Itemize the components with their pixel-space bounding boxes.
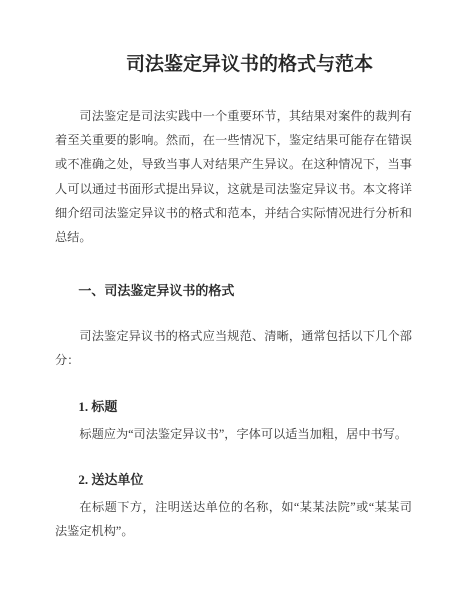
document-body: 司法鉴定是司法实践中一个重要环节，其结果对案件的裁判有着至关重要的影响。然而，在… [55, 104, 412, 543]
body-paragraph: 标题应为“司法鉴定异议书”，字体可以适当加粗，居中书写。 [55, 422, 412, 446]
section-heading: 1. 标题 [55, 395, 412, 419]
document-title: 司法鉴定异议书的格式与范本 [55, 50, 412, 80]
body-paragraph: 在标题下方，注明送达单位的名称，如“某某法院”或“某某司法鉴定机构”。 [55, 495, 412, 543]
body-paragraph: 司法鉴定是司法实践中一个重要环节，其结果对案件的裁判有着至关重要的影响。然而，在… [55, 104, 412, 249]
document-page: 司法鉴定异议书的格式与范本 司法鉴定是司法实践中一个重要环节，其结果对案件的裁判… [0, 0, 463, 600]
section-heading: 2. 送达单位 [55, 468, 412, 492]
section-heading: 一、司法鉴定异议书的格式 [55, 279, 412, 303]
body-paragraph: 司法鉴定异议书的格式应当规范、清晰，通常包括以下几个部分： [55, 324, 412, 372]
